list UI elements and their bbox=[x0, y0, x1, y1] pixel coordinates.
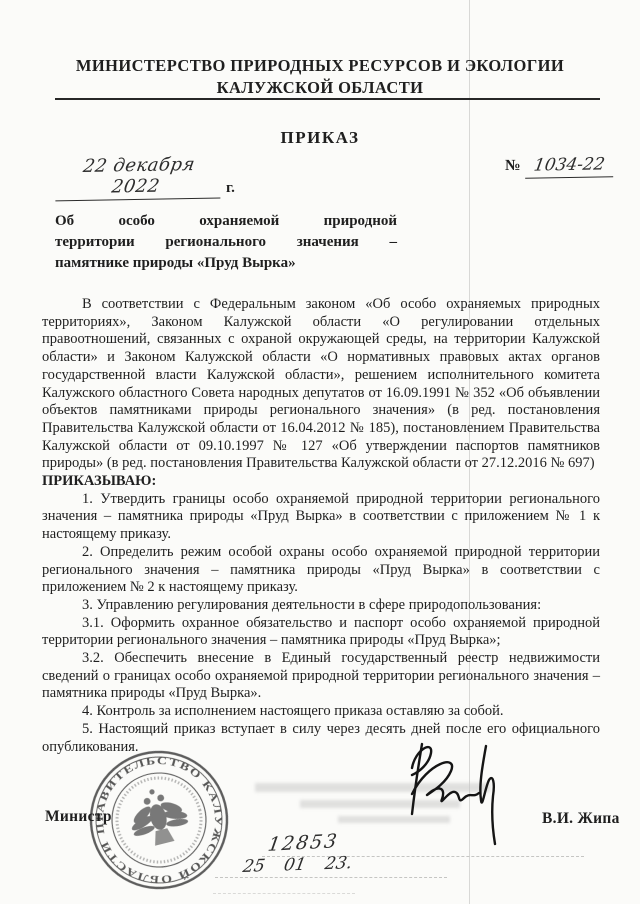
order-body: В соответствии с Федеральным законом «Об… bbox=[42, 296, 600, 756]
intro-paragraph: В соответствии с Федеральным законом «Об… bbox=[42, 296, 600, 473]
subject-line: территории регионального значения – bbox=[55, 232, 397, 253]
command-word: ПРИКАЗЫВАЮ: bbox=[42, 473, 600, 491]
double-headed-eagle-icon bbox=[123, 782, 194, 850]
order-item-2: 2. Определить режим особой охраны особо … bbox=[42, 544, 600, 597]
order-item-3-1: 3.1. Оформить охранное обязательство и п… bbox=[42, 615, 600, 650]
date-suffix: г. bbox=[226, 180, 235, 196]
ministry-name: МИНИСТЕРСТВО ПРИРОДНЫХ РЕСУРСОВ И ЭКОЛОГ… bbox=[0, 55, 640, 77]
registration-line bbox=[213, 893, 355, 894]
order-item-4: 4. Контроль за исполнением настоящего пр… bbox=[42, 703, 600, 721]
letterhead: МИНИСТЕРСТВО ПРИРОДНЫХ РЕСУРСОВ И ЭКОЛОГ… bbox=[0, 55, 640, 99]
handwritten-registration-number: 12853 bbox=[266, 830, 340, 856]
date-field: 22 декабря 2022г. bbox=[55, 155, 235, 200]
number-field: № 1034-22 bbox=[505, 155, 613, 178]
number-sign: № bbox=[505, 157, 521, 174]
scanned-order-document: МИНИСТЕРСТВО ПРИРОДНЫХ РЕСУРСОВ И ЭКОЛОГ… bbox=[0, 0, 640, 904]
handwritten-date: 22 декабря 2022 bbox=[52, 153, 224, 198]
handwritten-number: 1034-22 bbox=[532, 154, 606, 175]
subject-line: Об особо охраняемой природной bbox=[55, 211, 397, 232]
handwritten-registration-date: 25 01 23. bbox=[241, 853, 354, 877]
document-type-title: ПРИКАЗ bbox=[0, 128, 640, 148]
signer-position-title: Министр bbox=[45, 808, 112, 826]
region-name: КАЛУЖСКОЙ ОБЛАСТИ bbox=[0, 77, 640, 99]
minister-signature bbox=[398, 726, 533, 856]
signer-name: В.И. Жипа bbox=[542, 810, 620, 828]
order-item-3: 3. Управлению регулирования деятельности… bbox=[42, 597, 600, 615]
order-item-1: 1. Утвердить границы особо охраняемой пр… bbox=[42, 491, 600, 544]
subject-line: памятнике природы «Пруд Вырка» bbox=[55, 253, 397, 274]
order-item-3-2: 3.2. Обеспечить внесение в Единый госуда… bbox=[42, 650, 600, 703]
letterhead-divider bbox=[55, 98, 600, 100]
registration-line bbox=[215, 877, 447, 878]
order-subject: Об особо охраняемой природной территории… bbox=[55, 211, 397, 274]
